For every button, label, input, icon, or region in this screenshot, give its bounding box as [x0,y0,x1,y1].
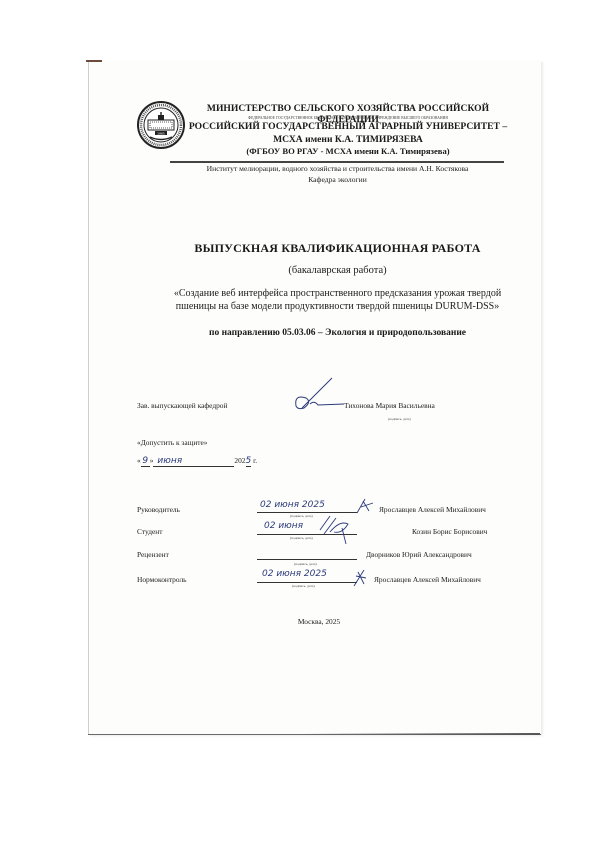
university-name-line2: МСХА имени К.А. ТИМИРЯЗЕВА [188,134,508,145]
page-bottom-shadow [300,733,540,735]
head-of-department-caption: (подпись, дата) [388,417,411,421]
signature-mark [355,497,375,515]
person-name: Ярославцев Алексей Михайлович [379,505,486,514]
signature-mark [352,568,368,588]
admission-year-prefix: 202 [234,456,245,465]
admission-day: 9 [141,456,150,467]
svg-text:1865: 1865 [157,131,165,135]
signature-caption: (подпись, дата) [294,562,317,566]
university-name-line1: РОССИЙСКИЙ ГОСУДАРСТВЕННЫЙ АГРАРНЫЙ УНИВ… [188,121,508,132]
signature-line [257,582,357,583]
university-seal-icon: 1865 [136,100,186,150]
header-divider [170,161,504,163]
signature-mark [316,510,352,546]
page-corner-mark [86,60,102,62]
department-name: Кафедра экологии [0,175,595,184]
person-name: Ярославцев Алексей Михайлович [374,575,481,584]
signature-caption: (подпись, дата) [290,536,313,540]
person-name: Дворников Юрий Александрович [366,550,472,559]
signature-caption: (подпись, дата) [290,514,313,518]
thesis-topic-line2: пшеницы на базе модели продуктивности тв… [0,300,595,313]
year-unit: г. [253,456,257,465]
institution-type: ФЕДЕРАЛЬНОЕ ГОСУДАРСТВЕННОЕ БЮДЖЕТНОЕ ОБ… [188,116,508,120]
role-label: Нормоконтроль [137,575,187,584]
head-of-department-name: Тихонова Мария Васильевна [344,401,435,410]
head-of-department-label: Зав. выпускающей кафедрой [137,401,227,410]
document-title: ВЫПУСКНАЯ КВАЛИФИКАЦИОННАЯ РАБОТА [0,241,595,256]
admission-date: «9»июня2025 г. [137,456,257,467]
handwritten-date: 02 июня [264,521,303,531]
admission-month: июня [153,456,234,467]
city-year: Москва, 2025 [0,617,595,626]
role-label: Рецензент [137,550,169,559]
role-label: Руководитель [137,505,180,514]
head-of-department-signature [292,372,344,412]
admission-year-suffix: 5 [246,456,252,467]
signature-caption: (подпись, дата) [292,584,315,588]
university-abbreviation: (ФГБОУ ВО РГАУ - МСХА имени К.А. Тимиряз… [188,146,508,156]
signature-line [257,559,357,560]
role-label: Студент [137,527,162,536]
thesis-topic-line1: «Создание веб интерфейса пространственно… [0,287,595,300]
document-subtitle: (бакалаврская работа) [0,265,595,276]
study-direction: по направлению 05.03.06 – Экология и при… [0,328,595,338]
institute-name: Институт мелиорации, водного хозяйства и… [0,164,595,173]
handwritten-date: 02 июня 2025 [260,500,325,510]
admission-label: «Допустить к защите» [137,438,208,447]
handwritten-date: 02 июня 2025 [262,569,327,579]
person-name: Козин Борис Борисович [412,527,487,536]
